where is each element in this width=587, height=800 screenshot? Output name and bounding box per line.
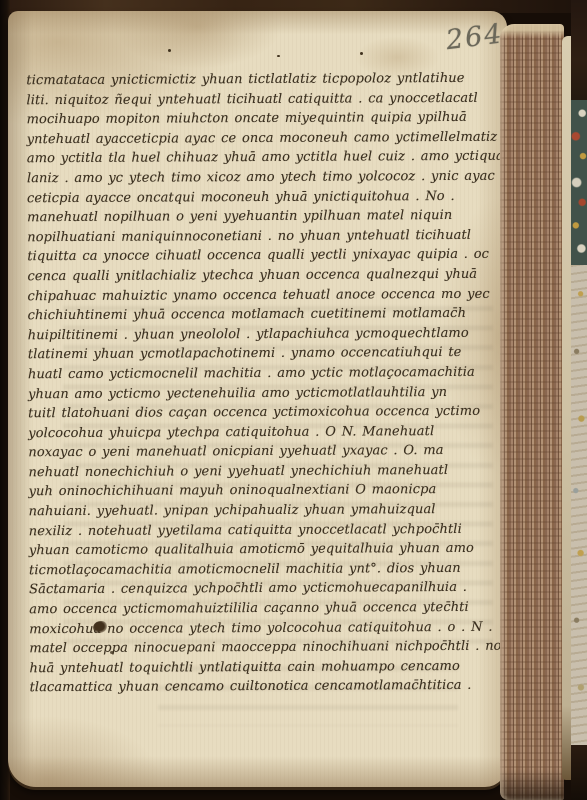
manuscript-line: manehuatl nopilhuan o yeni yyehuantin yp… bbox=[27, 206, 483, 228]
ink-speck bbox=[360, 52, 363, 55]
book-fore-edge bbox=[500, 24, 564, 800]
ink-speck bbox=[168, 49, 171, 52]
manuscript-line: nahuiani. yyehuatl. ynipan ychipahualiz … bbox=[29, 500, 485, 522]
manuscript-line: chichiuhtinemi yhuā occenca motlamach cu… bbox=[28, 304, 484, 326]
ink-speck bbox=[110, 651, 114, 654]
manuscript-line: yhuan amo ycticmo yectenehuilia amo ycti… bbox=[28, 382, 484, 404]
manuscript-text-block: ticmatataca ynicticmictiz yhuan tictlatl… bbox=[26, 69, 485, 698]
manuscript-line: cenca qualli ynitlachializ ytechca yhuan… bbox=[27, 265, 483, 287]
manuscript-line: nopilhuatiani maniquinnoconetiani . no y… bbox=[27, 226, 483, 248]
manuscript-line: liti. niquitoz ñequi yntehuatl ticihuatl… bbox=[26, 88, 482, 110]
manuscript-line: Sāctamaria . cenquizca ychpoc̄htli amo y… bbox=[29, 578, 485, 600]
manuscript-line: chipahuac mahuiztic ynamo occenca tehuat… bbox=[27, 284, 483, 306]
manuscript-photo: 264. ticmatataca ynicticmictiz yhuan tic… bbox=[0, 0, 587, 800]
manuscript-line: amo yctitla tla huel chihuaz yhuā amo yc… bbox=[27, 147, 483, 169]
manuscript-line: nexiliz . notehuatl yyetilama catiquitta… bbox=[29, 519, 485, 541]
manuscript-line: amo occenca ycticmomahuiztililia caçanno… bbox=[29, 598, 485, 620]
cover-edge-dark-top bbox=[571, 0, 587, 100]
manuscript-line: ticmatataca ynicticmictiz yhuan tictlatl… bbox=[26, 69, 482, 91]
manuscript-line: mocihuapo mopiton miuhcton oncate miyequ… bbox=[27, 108, 483, 130]
manuscript-line: ceticpia ayacce oncatqui moconeuh yhuā y… bbox=[27, 186, 483, 208]
manuscript-line: huā yntehuatl toquichtli yntlatiquitta c… bbox=[29, 657, 485, 679]
cover-edge-dark-bottom bbox=[571, 745, 587, 800]
manuscript-line: yntehuatl ayacceticpia ayac ce onca moco… bbox=[27, 128, 483, 150]
manuscript-line: noxayac o yeni manehuatl onicpiani yyehu… bbox=[28, 441, 484, 463]
marbled-endpaper-light bbox=[571, 265, 587, 745]
manuscript-line: tlacamattica yhuan cencamo cuiltonotica … bbox=[30, 676, 486, 698]
manuscript-line: matel occeppa ninocuepani maocceppa nino… bbox=[29, 637, 485, 659]
manuscript-line: laniz . amo yc ytech timo xicoz amo ytec… bbox=[27, 167, 483, 189]
manuscript-line: huatl camo ycticmocnelil machitia . amo … bbox=[28, 363, 484, 385]
manuscript-line: tlatinemi yhuan ycmotlapachotinemi . yna… bbox=[28, 343, 484, 365]
manuscript-line: ticmotlaçocamachitia amoticmocnelil mach… bbox=[29, 559, 485, 581]
marbled-endpaper-teal bbox=[571, 100, 587, 265]
manuscript-line: yhuan camoticmo qualitalhuia amoticmō ye… bbox=[29, 539, 485, 561]
manuscript-line: yuh oninochichihuani mayuh oninoqualnext… bbox=[29, 480, 485, 502]
manuscript-line: nehuatl nonechichiuh o yeni yyehuatl yne… bbox=[28, 461, 484, 483]
manuscript-line: yolcocohua yhuicpa ytechpa catiquitohua … bbox=[28, 421, 484, 443]
manuscript-line: huipiltitinemi . yhuan yneololol . ytlap… bbox=[28, 324, 484, 346]
ink-speck bbox=[277, 55, 280, 57]
manuscript-line: tuitl tlatohuani dios caçan occenca ycti… bbox=[28, 402, 484, 424]
manuscript-line: tiquitta ca ynocce cihuatl occenca quall… bbox=[27, 245, 483, 267]
